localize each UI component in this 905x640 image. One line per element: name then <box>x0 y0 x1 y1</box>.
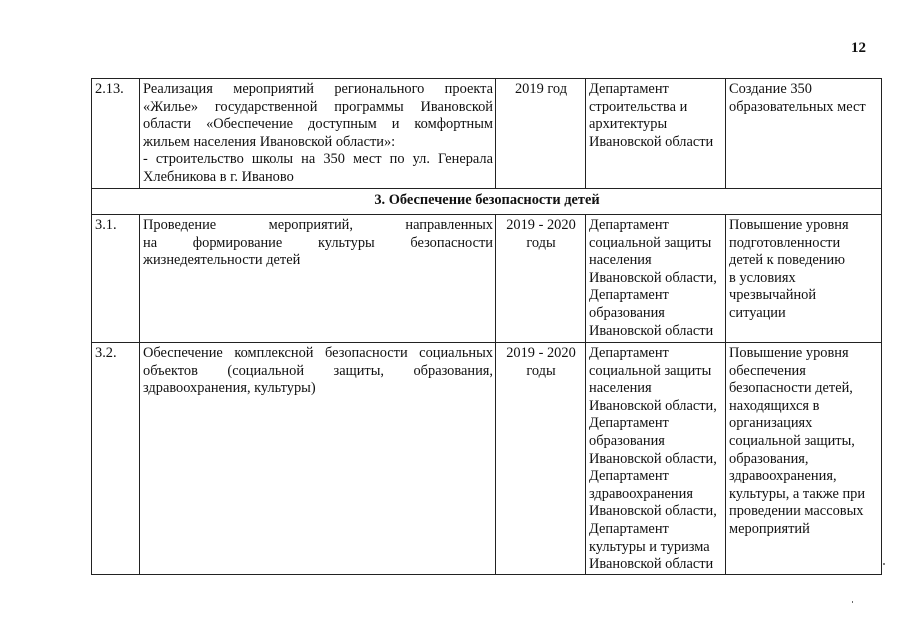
result-line: культуры, а также при <box>729 486 879 504</box>
result-line: мероприятий <box>729 521 879 539</box>
result-line: ситуации <box>729 305 879 323</box>
item-number: 2.13. <box>92 79 140 189</box>
period-line: 2019 - 2020 <box>499 217 583 235</box>
executor-line: Департамент <box>589 415 723 433</box>
description-line: - строительство школы на 350 мест по ул.… <box>143 151 493 169</box>
item-executor: Департамент социальной защиты населения … <box>586 215 726 343</box>
description-line: на формирование культуры безопасности <box>143 235 493 253</box>
result-line: детей к поведению <box>729 252 879 270</box>
result-line: организациях <box>729 415 879 433</box>
executor-line: здравоохранения <box>589 486 723 504</box>
item-result: Повышение уровня обеспечения безопасност… <box>726 343 882 575</box>
executor-line: Департамент <box>589 345 723 363</box>
executor-line: Ивановской области <box>589 323 723 341</box>
executor-line: Департамент <box>589 81 723 99</box>
period-line: 2019 - 2020 <box>499 345 583 363</box>
executor-line: образования <box>589 305 723 323</box>
result-line: Повышение уровня <box>729 217 879 235</box>
executor-line: Департамент <box>589 287 723 305</box>
period-line: 2019 год <box>499 81 583 99</box>
item-number: 3.2. <box>92 343 140 575</box>
item-result: Создание 350 образовательных мест <box>726 79 882 189</box>
result-line: Повышение уровня <box>729 345 879 363</box>
executor-line: Ивановской области, <box>589 503 723 521</box>
executor-line: образования <box>589 433 723 451</box>
description-line: жильем населения Ивановской области»: <box>143 134 493 152</box>
section-title: 3. Обеспечение безопасности детей <box>92 189 882 215</box>
result-line: чрезвычайной <box>729 287 879 305</box>
executor-line: Ивановской области, <box>589 270 723 288</box>
description-line: «Жилье» государственной программы Иванов… <box>143 99 493 117</box>
scan-speck <box>852 601 853 603</box>
executor-line: Ивановской области <box>589 556 723 574</box>
item-period: 2019 - 2020 годы <box>496 215 586 343</box>
item-description: Реализация мероприятий регионального про… <box>140 79 496 189</box>
executor-line: архитектуры <box>589 116 723 134</box>
item-result: Повышение уровня подготовленности детей … <box>726 215 882 343</box>
result-line: в условиях <box>729 270 879 288</box>
executor-line: Ивановской области, <box>589 398 723 416</box>
executor-line: социальной защиты <box>589 235 723 253</box>
item-period: 2019 год <box>496 79 586 189</box>
table-row: 3.2. Обеспечение комплексной безопасност… <box>92 343 882 575</box>
description-line: Обеспечение комплексной безопасности соц… <box>143 345 493 363</box>
result-line: Создание 350 <box>729 81 879 99</box>
executor-line: населения <box>589 252 723 270</box>
executor-line: Департамент <box>589 521 723 539</box>
description-line: Реализация мероприятий регионального про… <box>143 81 493 99</box>
executor-line: населения <box>589 380 723 398</box>
page-number: 12 <box>836 40 866 57</box>
executor-line: Ивановской области <box>589 134 723 152</box>
description-line: здравоохранения, культуры) <box>143 380 493 398</box>
item-executor: Департамент строительства и архитектуры … <box>586 79 726 189</box>
item-description: Проведение мероприятий, направленных на … <box>140 215 496 343</box>
result-line: безопасности детей, <box>729 380 879 398</box>
period-line: годы <box>499 235 583 253</box>
result-line: обеспечения <box>729 363 879 381</box>
item-executor: Департамент социальной защиты населения … <box>586 343 726 575</box>
executor-line: культуры и туризма <box>589 539 723 557</box>
description-line: объектов (социальной защиты, образования… <box>143 363 493 381</box>
executor-line: социальной защиты <box>589 363 723 381</box>
section-header-row: 3. Обеспечение безопасности детей <box>92 189 882 215</box>
table-row: 3.1. Проведение мероприятий, направленны… <box>92 215 882 343</box>
result-line: находящихся в <box>729 398 879 416</box>
measures-table: 2.13. Реализация мероприятий регионально… <box>91 78 882 575</box>
description-line: области «Обеспечение доступным и комфорт… <box>143 116 493 134</box>
description-line: Хлебникова в г. Иваново <box>143 169 493 187</box>
period-line: годы <box>499 363 583 381</box>
scan-speck <box>883 563 885 565</box>
result-line: образования, <box>729 451 879 469</box>
result-line: социальной защиты, <box>729 433 879 451</box>
table-row: 2.13. Реализация мероприятий регионально… <box>92 79 882 189</box>
executor-line: Департамент <box>589 217 723 235</box>
result-line: проведении массовых <box>729 503 879 521</box>
item-description: Обеспечение комплексной безопасности соц… <box>140 343 496 575</box>
description-line: Проведение мероприятий, направленных <box>143 217 493 235</box>
item-period: 2019 - 2020 годы <box>496 343 586 575</box>
item-number: 3.1. <box>92 215 140 343</box>
result-line: здравоохранения, <box>729 468 879 486</box>
result-line: образовательных мест <box>729 99 879 117</box>
result-line: подготовленности <box>729 235 879 253</box>
executor-line: строительства и <box>589 99 723 117</box>
executor-line: Ивановской области, <box>589 451 723 469</box>
description-line: жизнедеятельности детей <box>143 252 493 270</box>
executor-line: Департамент <box>589 468 723 486</box>
